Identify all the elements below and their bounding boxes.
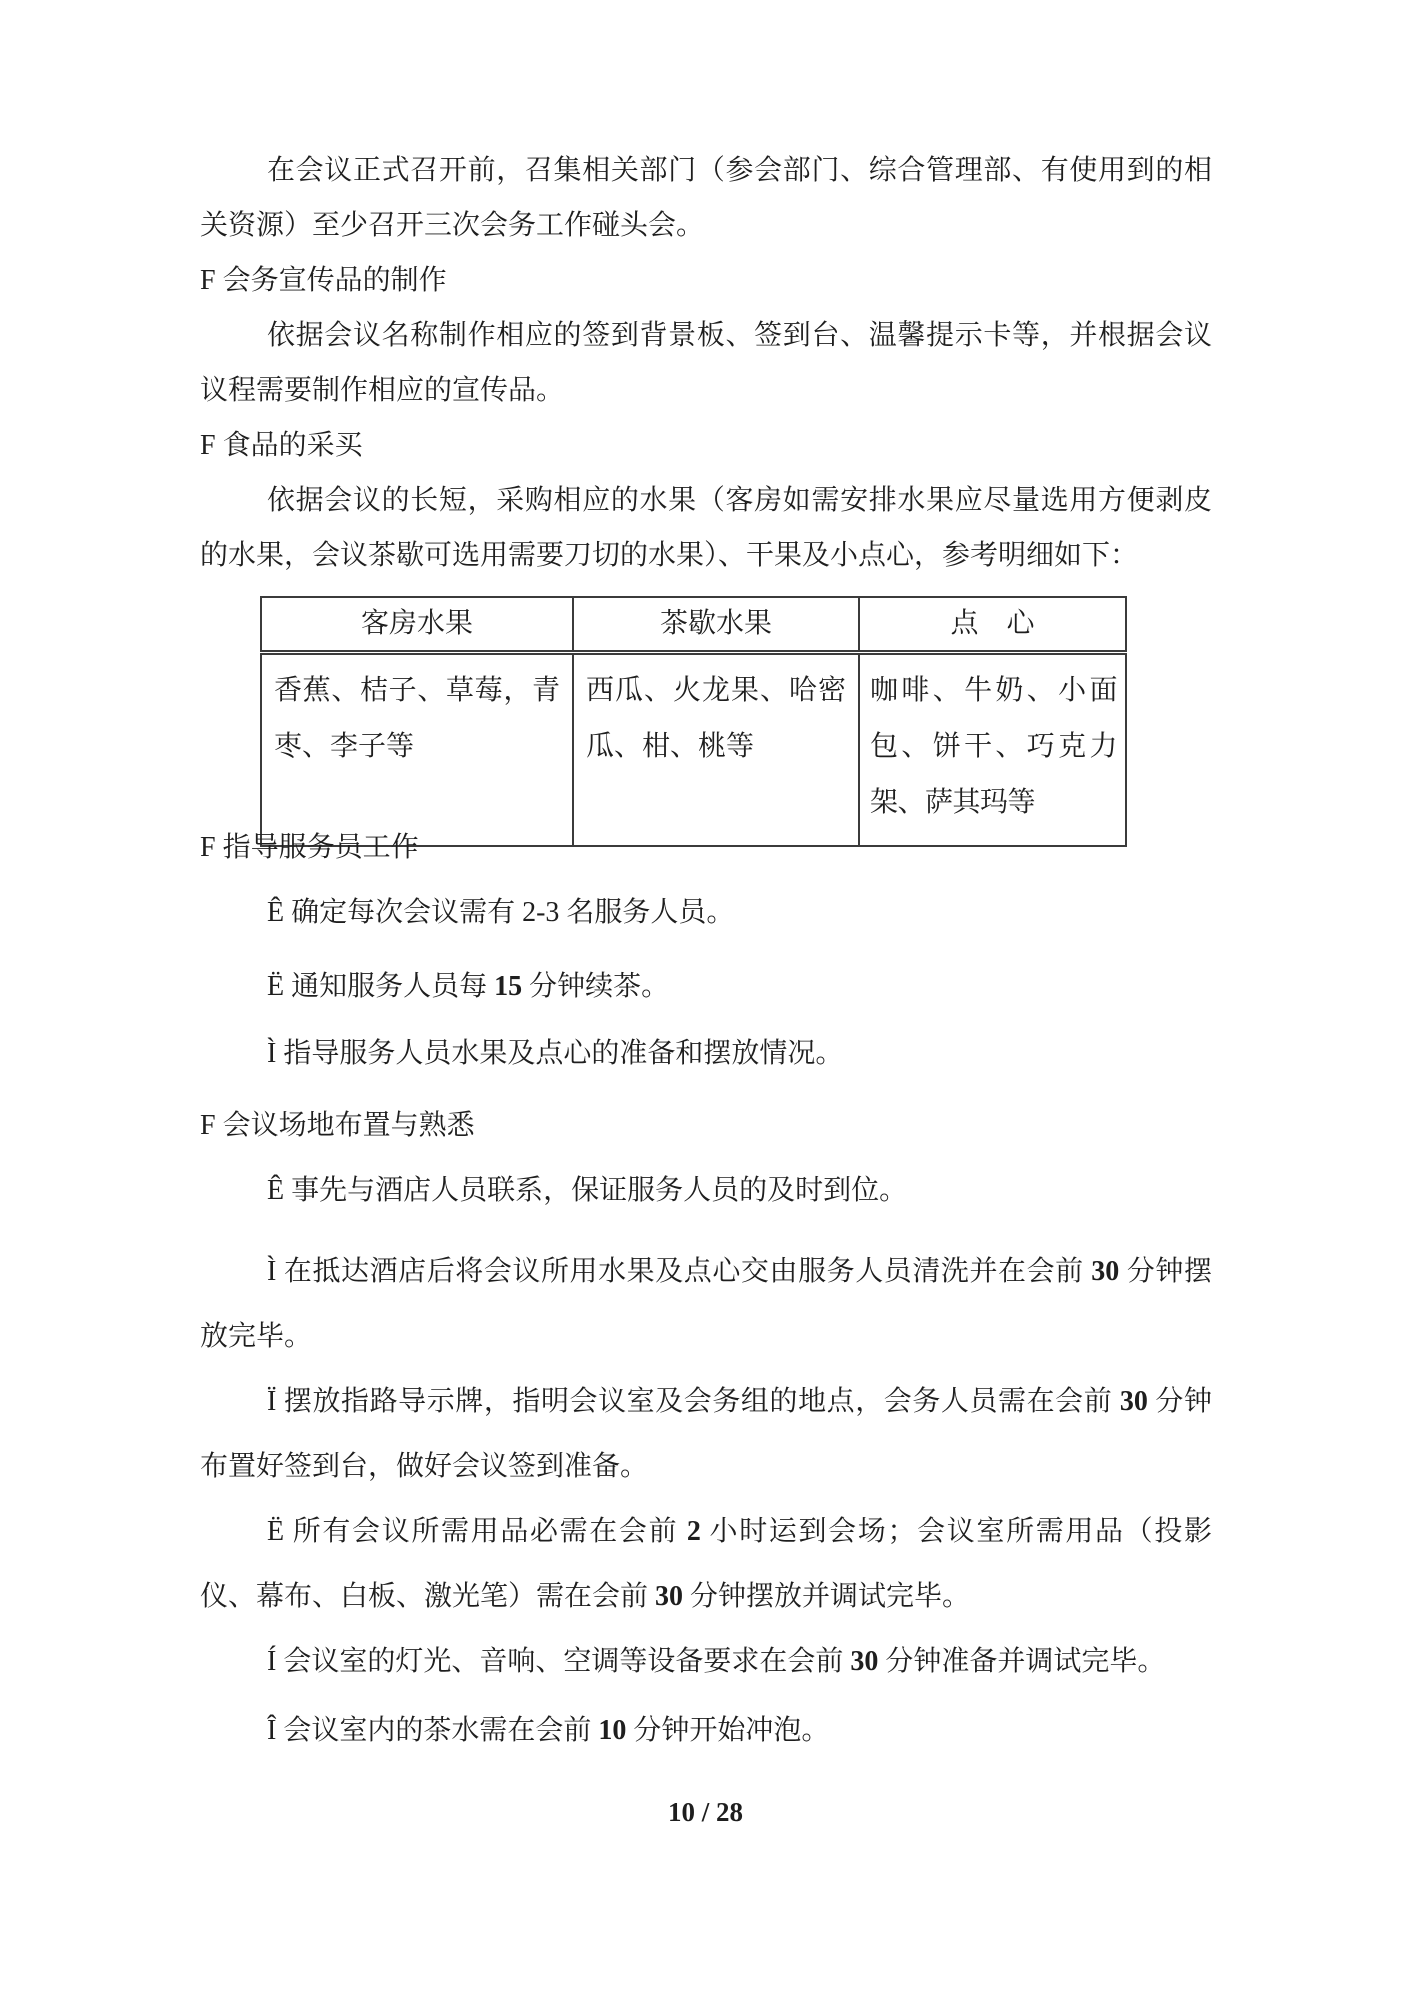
bullet-text: Ë 所有会议所需用品必需在会前 <box>267 1516 687 1547</box>
paragraph-food-purchase: 依据会议的长短，采购相应的水果（客房如需安排水果应尽量选用方便剥皮的水果，会议茶… <box>200 473 1212 583</box>
bullet-text: Ï 摆放指路导示牌，指明会议室及会务组的地点，会务人员需在会前 <box>267 1386 1120 1417</box>
upper-text-section: 在会议正式召开前，召集相关部门（参会部门、综合管理部、有使用到的相关资源）至少召… <box>200 143 1212 583</box>
bullet-text: 分钟续茶。 <box>522 971 669 1002</box>
food-reference-table: 客房水果 茶歇水果 点 心 香蕉、桔子、草莓，青枣、李子等 西瓜、火龙果、哈密瓜… <box>260 596 1127 847</box>
section-heading-promo-materials: F 会务宣传品的制作 <box>200 253 1212 308</box>
bold-number-30: 30 <box>1120 1386 1148 1417</box>
bullet-text: Í 会议室的灯光、音响、空调等设备要求在会前 <box>267 1646 850 1677</box>
bold-number-30: 30 <box>1091 1256 1119 1287</box>
bullet-item-washing-placement: Ì 在抵达酒店后将会议所用水果及点心交由服务人员清洗并在会前 30 分钟摆放完毕… <box>200 1239 1212 1369</box>
lower-text-section: F 指导服务员工作 Ê 确定每次会议需有 2-3 名服务人员。 Ë 通知服务人员… <box>200 815 1212 1763</box>
section-heading-guide-waiters: F 指导服务员工作 <box>200 815 1212 880</box>
bullet-item-supplies-delivery: Ë 所有会议所需用品必需在会前 2 小时运到会场；会议室所需用品（投影仪、幕布、… <box>200 1499 1212 1629</box>
section-heading-food-purchase: F 食品的采买 <box>200 418 1212 473</box>
paragraph-promo-materials: 依据会议名称制作相应的签到背景板、签到台、温馨提示卡等，并根据会议议程需要制作相… <box>200 308 1212 418</box>
bullet-item-hotel-contact: Ê 事先与酒店人员联系，保证服务人员的及时到位。 <box>200 1158 1212 1223</box>
document-page: 在会议正式召开前，召集相关部门（参会部门、综合管理部、有使用到的相关资源）至少召… <box>0 0 1411 1995</box>
bold-number-15: 15 <box>494 971 522 1002</box>
bullet-text: 分钟开始冲泡。 <box>626 1715 829 1746</box>
bullet-item-equipment-check: Í 会议室的灯光、音响、空调等设备要求在会前 30 分钟准备并调试完毕。 <box>200 1629 1212 1694</box>
table-header-row: 客房水果 茶歇水果 点 心 <box>261 597 1126 653</box>
table-header-room-fruit: 客房水果 <box>261 597 573 653</box>
bullet-item-staff-count: Ê 确定每次会议需有 2-3 名服务人员。 <box>200 880 1212 945</box>
bold-number-2: 2 <box>687 1516 701 1547</box>
bullet-item-signage: Ï 摆放指路导示牌，指明会议室及会务组的地点，会务人员需在会前 30 分钟布置好… <box>200 1369 1212 1499</box>
bullet-item-tea-brewing: Î 会议室内的茶水需在会前 10 分钟开始冲泡。 <box>200 1698 1212 1763</box>
bold-number-30: 30 <box>850 1646 878 1677</box>
bullet-text: 分钟摆放并调试完毕。 <box>683 1581 970 1612</box>
bold-number-10: 10 <box>598 1715 626 1746</box>
page-number: 10 / 28 <box>0 1797 1411 1828</box>
bullet-item-tea-refill: Ë 通知服务人员每 15 分钟续茶。 <box>200 954 1212 1019</box>
bold-number-30: 30 <box>655 1581 683 1612</box>
paragraph-meeting-prep: 在会议正式召开前，召集相关部门（参会部门、综合管理部、有使用到的相关资源）至少召… <box>200 143 1212 253</box>
table-header-snacks: 点 心 <box>859 597 1126 653</box>
bullet-text: Ì 在抵达酒店后将会议所用水果及点心交由服务人员清洗并在会前 <box>267 1256 1091 1287</box>
table-header-teabreak-fruit: 茶歇水果 <box>573 597 859 653</box>
bullet-text: Î 会议室内的茶水需在会前 <box>267 1715 598 1746</box>
bullet-item-fruit-snack-guidance: Ì 指导服务人员水果及点心的准备和摆放情况。 <box>200 1021 1212 1086</box>
bullet-text: Ë 通知服务人员每 <box>267 971 494 1002</box>
section-heading-venue-setup: F 会议场地布置与熟悉 <box>200 1093 1212 1158</box>
bullet-text: 分钟准备并调试完毕。 <box>878 1646 1165 1677</box>
